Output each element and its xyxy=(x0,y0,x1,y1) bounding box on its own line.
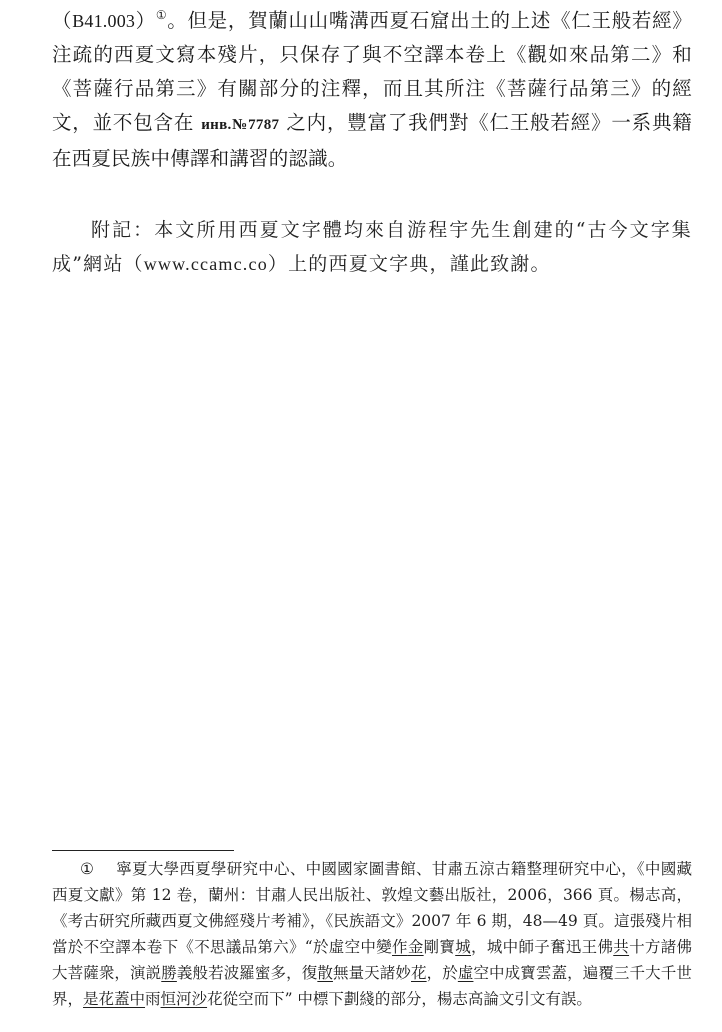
underlined-text: 共 xyxy=(613,938,629,956)
paren-close: ） xyxy=(135,9,156,32)
footnote-text: 無量天諸妙 xyxy=(333,964,411,982)
website-url[interactable]: www.ccamc.co xyxy=(144,254,268,274)
footnote-text: ，城中師子奮迅王佛 xyxy=(471,938,613,956)
catalog-number: B41.003 xyxy=(72,11,135,31)
underlined-text: 城 xyxy=(455,938,471,956)
underlined-text: 勝 xyxy=(161,964,177,982)
inventory-label: инв.№7787 xyxy=(201,117,279,133)
appendix-text-end: ）上的西夏文字典，謹此致謝。 xyxy=(268,253,551,275)
underlined-text: 花 xyxy=(411,964,427,982)
main-paragraph: （B41.003）①。但是，賀蘭山山嘴溝西夏石窟出土的上述《仁王般若經》注疏的西… xyxy=(52,4,692,176)
underlined-text: 散 xyxy=(317,964,333,982)
paren-open: （ xyxy=(52,9,72,32)
footnote-ref-1[interactable]: ① xyxy=(156,8,167,22)
footnote-1: ①寧夏大學西夏學研究中心、中國國家圖書館、甘肅五涼古籍整理研究中心，《中國藏西夏… xyxy=(52,856,692,1012)
footnote-text: 義般若波羅蜜多，復 xyxy=(177,964,317,982)
underlined-text: 虛 xyxy=(458,964,474,982)
footnote-text: 花從空而下” 中標下劃綫的部分，楊志高論文引文有誤。 xyxy=(207,990,592,1008)
underlined-text: 金 xyxy=(408,938,424,956)
footnote-separator xyxy=(52,850,234,851)
footnote-text: 剛寶 xyxy=(424,938,456,956)
footnote-text: 雨 xyxy=(145,990,161,1008)
underlined-text: 是花蓋中 xyxy=(83,990,145,1008)
footnote-text: ，於 xyxy=(427,964,458,982)
underlined-text: 恒河沙 xyxy=(161,990,208,1008)
appendix-note: 附記：本文所用西夏文字體均來自游程宇先生創建的“古今文字集成”網站（www.cc… xyxy=(52,213,692,281)
footnote-body: 寧夏大學西夏學研究中心、中國國家圖書館、甘肅五涼古籍整理研究中心，《中國藏西夏文… xyxy=(52,860,692,1008)
footnote-marker: ① xyxy=(80,856,116,882)
underlined-text: 作 xyxy=(392,938,408,956)
